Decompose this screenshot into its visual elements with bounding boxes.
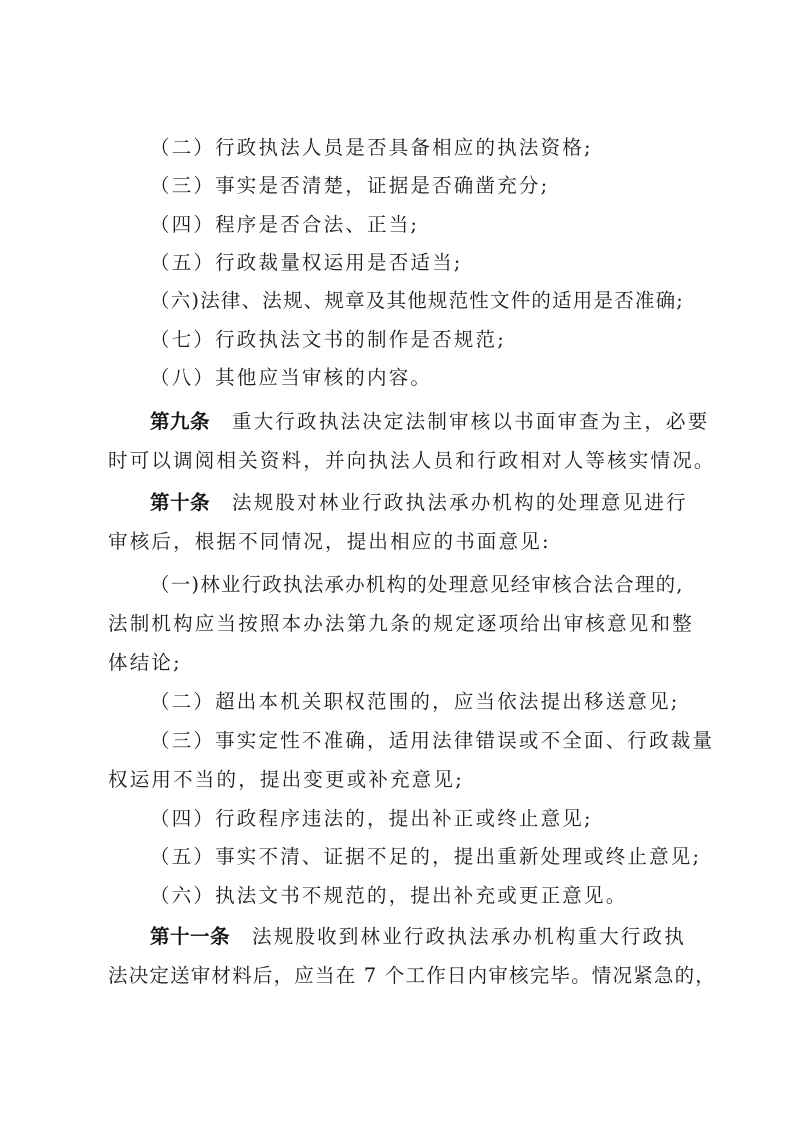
opinion-item-5: （五）事实不清、证据不足的，提出重新处理或终止意见; — [150, 845, 701, 869]
article-11-heading: 第十一条 — [150, 925, 230, 948]
article-9-heading: 第九条 — [150, 410, 210, 433]
article-9-text: 重大行政执法决定法制审核以书面审查为主，必要 — [232, 410, 709, 433]
article-11-first-line: 第十一条法规股收到林业行政执法承办机构重大行政执 — [150, 925, 686, 949]
opinion-item-6: （六）执法文书不规范的，提出补充或更正意见。 — [150, 884, 627, 908]
review-item-2: （二）行政执法人员是否具备相应的执法资格; — [150, 136, 593, 160]
opinion-item-1-cont-2: 体结论; — [108, 651, 182, 675]
article-11-text: 法规股收到林业行政执法承办机构重大行政执 — [252, 925, 686, 948]
article-9-continuation: 时可以调阅相关资料，并向执法人员和行政相对人等核实情况。 — [108, 449, 716, 473]
opinion-item-2: （二）超出本机关职权范围的，应当依法提出移送意见; — [150, 690, 680, 714]
article-11-continuation: 法决定送审材料后，应当在 7 个工作日内审核完毕。情况紧急的， — [108, 964, 716, 988]
opinion-item-1-cont-1: 法制机构应当按照本办法第九条的规定逐项给出审核意见和整 — [108, 612, 694, 636]
review-item-3: （三）事实是否清楚，证据是否确凿充分; — [150, 174, 549, 198]
article-10-text: 法规股对林业行政执法承办机构的处理意见进行 — [232, 491, 688, 514]
review-item-8: （八）其他应当审核的内容。 — [150, 366, 432, 390]
opinion-item-3: （三）事实定性不准确，适用法律错误或不全面、行政裁量 — [150, 729, 714, 753]
article-10-continuation: 审核后，根据不同情况，提出相应的书面意见: — [108, 530, 551, 554]
review-item-4: （四）程序是否合法、正当; — [150, 213, 419, 237]
article-10-first-line: 第十条法规股对林业行政执法承办机构的处理意见进行 — [150, 491, 688, 515]
document-page: （二）行政执法人员是否具备相应的执法资格; （三）事实是否清楚，证据是否确凿充分… — [0, 0, 793, 1122]
article-10-heading: 第十条 — [150, 491, 210, 514]
review-item-6: （六)法律、法规、规章及其他规范性文件的适用是否准确; — [150, 289, 684, 313]
review-item-7: （七）行政执法文书的制作是否规范; — [150, 328, 506, 352]
opinion-item-4: （四）行政程序违法的，提出补正或终止意见; — [150, 807, 593, 831]
opinion-item-1: （一)林业行政执法承办机构的处理意见经审核合法合理的, — [150, 573, 684, 597]
review-item-5: （五）行政裁量权运用是否适当; — [150, 251, 463, 275]
opinion-item-3-cont-1: 权运用不当的，提出变更或补充意见; — [108, 768, 464, 792]
article-9-first-line: 第九条重大行政执法决定法制审核以书面审查为主，必要 — [150, 410, 709, 434]
